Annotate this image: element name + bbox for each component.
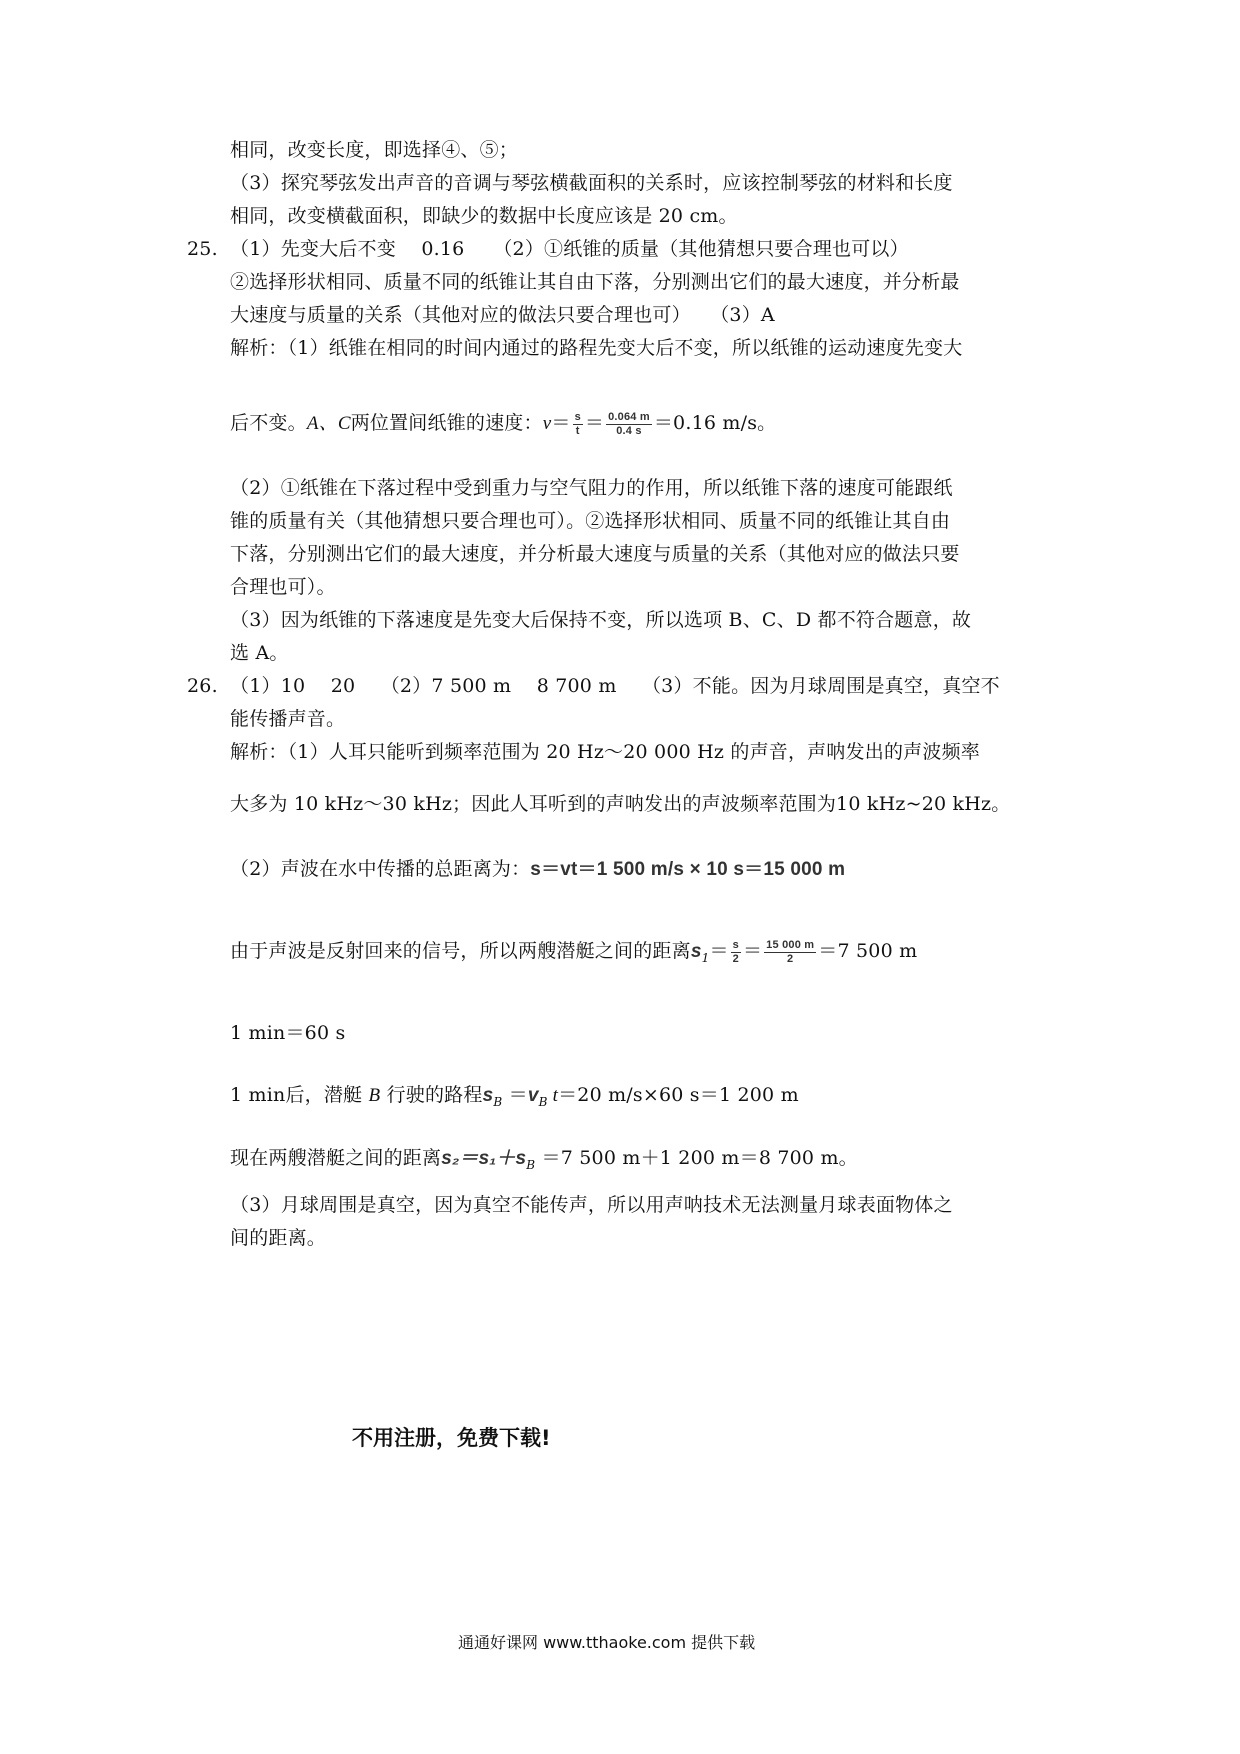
formula: s＝vt＝1 500 m/s × 10 s＝15 000 m: [530, 859, 845, 880]
equals: ＝: [585, 412, 604, 434]
text-fragment: 1 min后，潜艇: [230, 1084, 369, 1106]
result: ＝0.16 m/s。: [654, 412, 777, 434]
answer-line: （1）先变大后不变 0.16 （2）①纸锥的质量（其他猜想只要合理也可以）: [230, 236, 909, 262]
text-line: 相同，改变横截面积，即缺少的数据中长度应该是 20 cm。: [230, 203, 738, 229]
subscript: B: [526, 1158, 535, 1172]
text-fragment: 后不变。: [230, 412, 307, 434]
analysis-line: （3）月球周围是真空，因为真空不能传声，所以用声呐技术无法测量月球表面物体之: [230, 1192, 953, 1218]
answer-line: 能传播声音。: [230, 706, 345, 732]
numerator: 15 000 m: [764, 939, 816, 953]
text-fragment: （2）声波在水中传播的总距离为：: [230, 858, 530, 880]
time-conversion-line: 1 min＝60 s: [230, 1020, 345, 1046]
equals: ＝: [743, 940, 762, 962]
result: ＝7 500 m＋1 200 m＝8 700 m。: [535, 1147, 858, 1169]
denominator: 0.4 s: [614, 425, 643, 438]
numerator: 0.064 m: [606, 411, 652, 425]
velocity-formula-line: 后不变。A、C两位置间纸锥的速度：v＝st＝0.064 m0.4 s＝0.16 …: [230, 410, 776, 438]
analysis-line: 锥的质量有关（其他猜想只要合理也可）。②选择形状相同、质量不同的纸锥让其自由: [230, 508, 950, 534]
position-vars: A、C: [307, 413, 351, 434]
denominator: t: [574, 425, 582, 438]
analysis-line: 解析：（1）人耳只能听到频率范围为 20 Hz～20 000 Hz 的声音，声呐…: [230, 739, 980, 765]
equals: ＝: [551, 412, 570, 434]
analysis-line: 下落，分别测出它们的最大速度，并分析最大速度与质量的关系（其他对应的做法只要: [230, 541, 960, 567]
analysis-line: 间的距离。: [230, 1225, 326, 1251]
equals: ＝: [502, 1084, 527, 1106]
numerator: s: [573, 411, 583, 425]
analysis-line: （2）①纸锥在下落过程中受到重力与空气阻力的作用，所以纸锥下落的速度可能跟纸: [230, 475, 953, 501]
text-fragment: 两位置间纸锥的速度：: [351, 412, 543, 434]
question-number: 25.: [187, 236, 218, 262]
numerator: s: [731, 939, 741, 953]
text-fragment: 现在两艘潜艇之间的距离: [230, 1147, 441, 1169]
text-fragment: 由于声波是反射回来的信号，所以两艘潜艇之间的距离: [230, 940, 691, 962]
distance-formula-line: （2）声波在水中传播的总距离为：s＝vt＝1 500 m/s × 10 s＝15…: [230, 856, 845, 883]
fraction: s2: [731, 939, 741, 966]
result: ＝7 500 m: [818, 940, 917, 962]
answer-line: 大速度与质量的关系（其他对应的做法只要合理也可） （3）A: [230, 302, 775, 328]
promo-text: 不用注册，免费下载!: [352, 1422, 551, 1452]
denominator: 2: [785, 953, 795, 966]
fraction: 15 000 m2: [764, 939, 816, 966]
text-fragment: 行驶的路程: [380, 1084, 482, 1106]
submarine-b-formula-line: 1 min后，潜艇 B 行驶的路程sB ＝vB t＝20 m/s×60 s＝1 …: [230, 1082, 799, 1115]
analysis-line: 选 A。: [230, 640, 289, 666]
math-var: v: [528, 1085, 539, 1106]
math-var: t: [548, 1085, 558, 1106]
answer-line: ②选择形状相同、质量不同的纸锥让其自由下落，分别测出它们的最大速度，并分析最: [230, 269, 960, 295]
analysis-line: 解析：（1）纸锥在相同的时间内通过的路程先变大后不变，所以纸锥的运动速度先变大: [230, 335, 962, 361]
text-line: （3）探究琴弦发出声音的音调与琴弦横截面积的关系时，应该控制琴弦的材料和长度: [230, 170, 953, 196]
text-line: 相同，改变长度，即选择④、⑤；: [230, 137, 518, 163]
half-distance-formula-line: 由于声波是反射回来的信号，所以两艘潜艇之间的距离s1＝s2＝15 000 m2＝…: [230, 938, 917, 971]
fraction: st: [573, 411, 583, 438]
page-footer: 通通好课网 www.tthaoke.com 提供下载: [458, 1630, 755, 1653]
question-number: 26.: [187, 673, 218, 699]
analysis-line: 合理也可）。: [230, 574, 336, 600]
math-var: s: [691, 941, 702, 962]
fraction: 0.064 m0.4 s: [606, 411, 652, 438]
formula: s₂＝s₁＋s: [441, 1148, 526, 1169]
math-var: s: [483, 1085, 494, 1106]
analysis-line: （3）因为纸锥的下落速度是先变大后保持不变，所以选项 B、C、D 都不符合题意，…: [230, 607, 971, 633]
math-var: B: [369, 1085, 381, 1106]
equals: ＝: [709, 940, 728, 962]
analysis-line: 大多为 10 kHz～30 kHz；因此人耳听到的声呐发出的声波频率范围为10 …: [230, 791, 1010, 817]
denominator: 2: [731, 953, 741, 966]
result: ＝20 m/s×60 s＝1 200 m: [558, 1084, 799, 1106]
final-distance-line: 现在两艘潜艇之间的距离s₂＝s₁＋sB ＝7 500 m＋1 200 m＝8 7…: [230, 1145, 858, 1178]
subscript: B: [539, 1095, 548, 1109]
answer-line: （1）10 20 （2）7 500 m 8 700 m （3）不能。因为月球周围…: [230, 673, 1000, 699]
